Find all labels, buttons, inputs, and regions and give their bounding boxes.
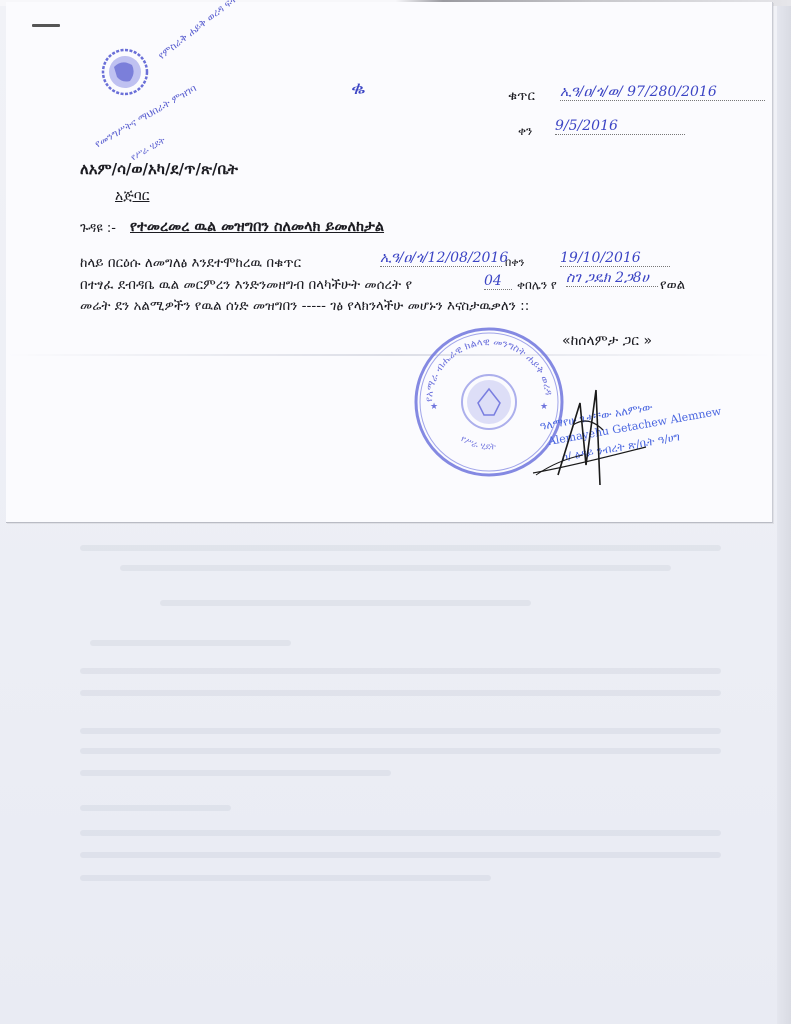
margin-mark: ቈ bbox=[350, 78, 365, 99]
page-edge bbox=[777, 0, 791, 1024]
recipient: ለአም/ሳ/ወ/አካ/ደ/ጥ/ጽ/ቤት bbox=[80, 160, 238, 178]
ref-number: ኢዓ/ዐ/ጎ/ወ/ 97/280/2016 bbox=[560, 84, 765, 101]
staple-mark bbox=[32, 24, 60, 27]
body-line1-b: በቀን bbox=[505, 256, 524, 270]
svg-text:የሥራ ሂደት: የሥራ ሂደት bbox=[459, 434, 497, 452]
body-line2-c: የወል bbox=[660, 277, 685, 293]
body-line1-a: ከላይ በርዕሱ ለመግለፅ እንደተሞከረዉ በቁጥር bbox=[80, 255, 301, 271]
paper-fold bbox=[6, 354, 772, 356]
body-line2-names: ስገ ጋዴክ 2ጋ8ሀ bbox=[566, 270, 658, 287]
ref-label: ቁጥር bbox=[508, 88, 535, 104]
body-line3: መሬት ደን አልሚዎችን የዉል ሰነድ መዝግበን ----- ገፅ የላክ… bbox=[80, 298, 529, 314]
letter-date: 9/5/2016 bbox=[555, 118, 685, 135]
recipient-location: አጅባር bbox=[115, 188, 149, 204]
closing-salutation: «ከሰላምታ ጋር » bbox=[562, 333, 652, 349]
body-line1-date: 19/10/2016 bbox=[560, 250, 670, 267]
signature-icon bbox=[528, 385, 648, 485]
subject-label: ጉዳዩ :- bbox=[80, 221, 116, 236]
seal-inner-text: የሥራ ሂደት bbox=[459, 434, 497, 452]
subject-text: የተመረመረ ዉል መዝግበን ስለመላክ ይመለከታል bbox=[130, 219, 384, 235]
svg-text:★: ★ bbox=[430, 402, 438, 412]
emblem-stamp-icon bbox=[100, 47, 150, 97]
date-label: ቀን bbox=[518, 124, 532, 139]
body-line2-count: 04 bbox=[484, 273, 512, 290]
body-line2-a: በተፃፈ ደብዳቤ ዉል መርምረን እንድንመዘግብ በላካችሁት መሰረት … bbox=[80, 277, 412, 293]
body-line1-ref: ኢዓ/ዐ/ጎ/12/08/2016 bbox=[380, 250, 502, 267]
body-line2-b: ቀበሌን የ bbox=[517, 278, 557, 293]
